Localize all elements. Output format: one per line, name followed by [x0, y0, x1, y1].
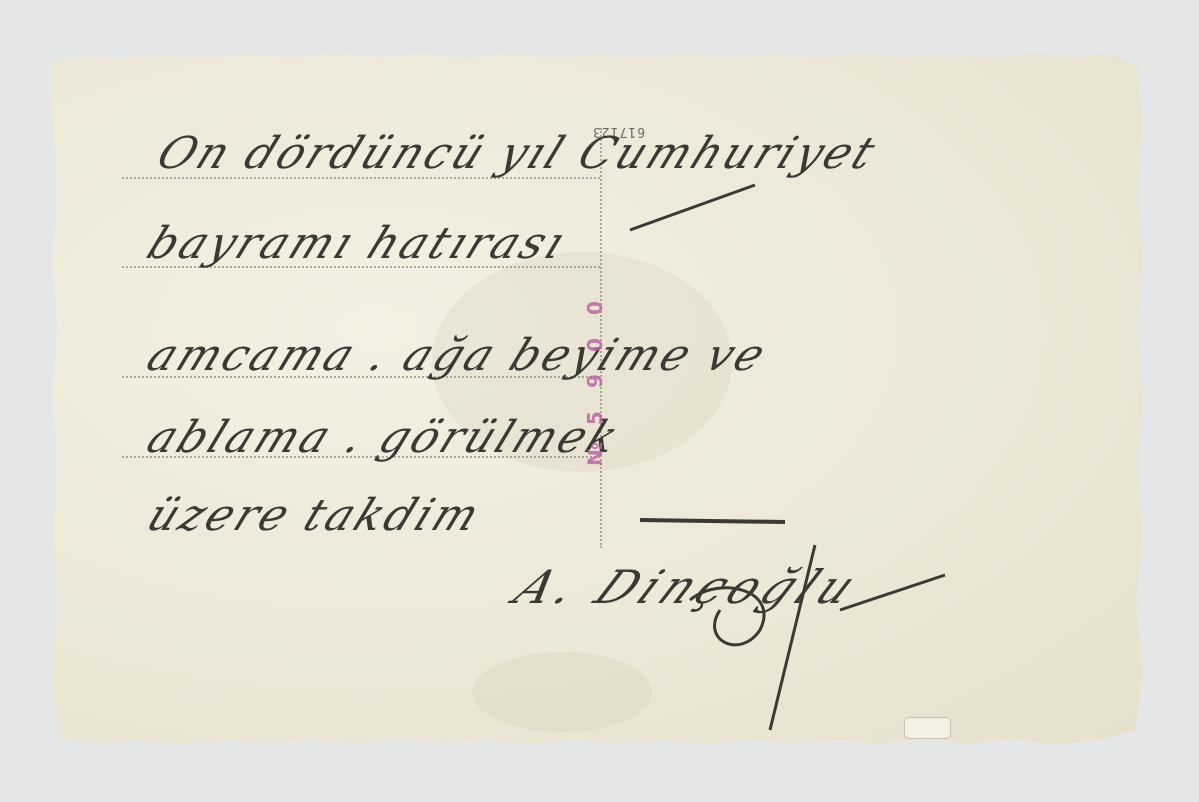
stamp-glyph: 0: [583, 301, 607, 315]
numbered-stamp: № 5 9 0 0: [580, 296, 610, 466]
stamp-glyph: 5: [583, 411, 607, 425]
signature: A. Dinçoğlu: [504, 560, 872, 614]
stamp-glyph: 9: [583, 374, 607, 388]
torn-paper-edge: [905, 718, 950, 738]
stamp-glyph: №: [583, 442, 607, 466]
stamp-glyph: 0: [583, 338, 607, 352]
